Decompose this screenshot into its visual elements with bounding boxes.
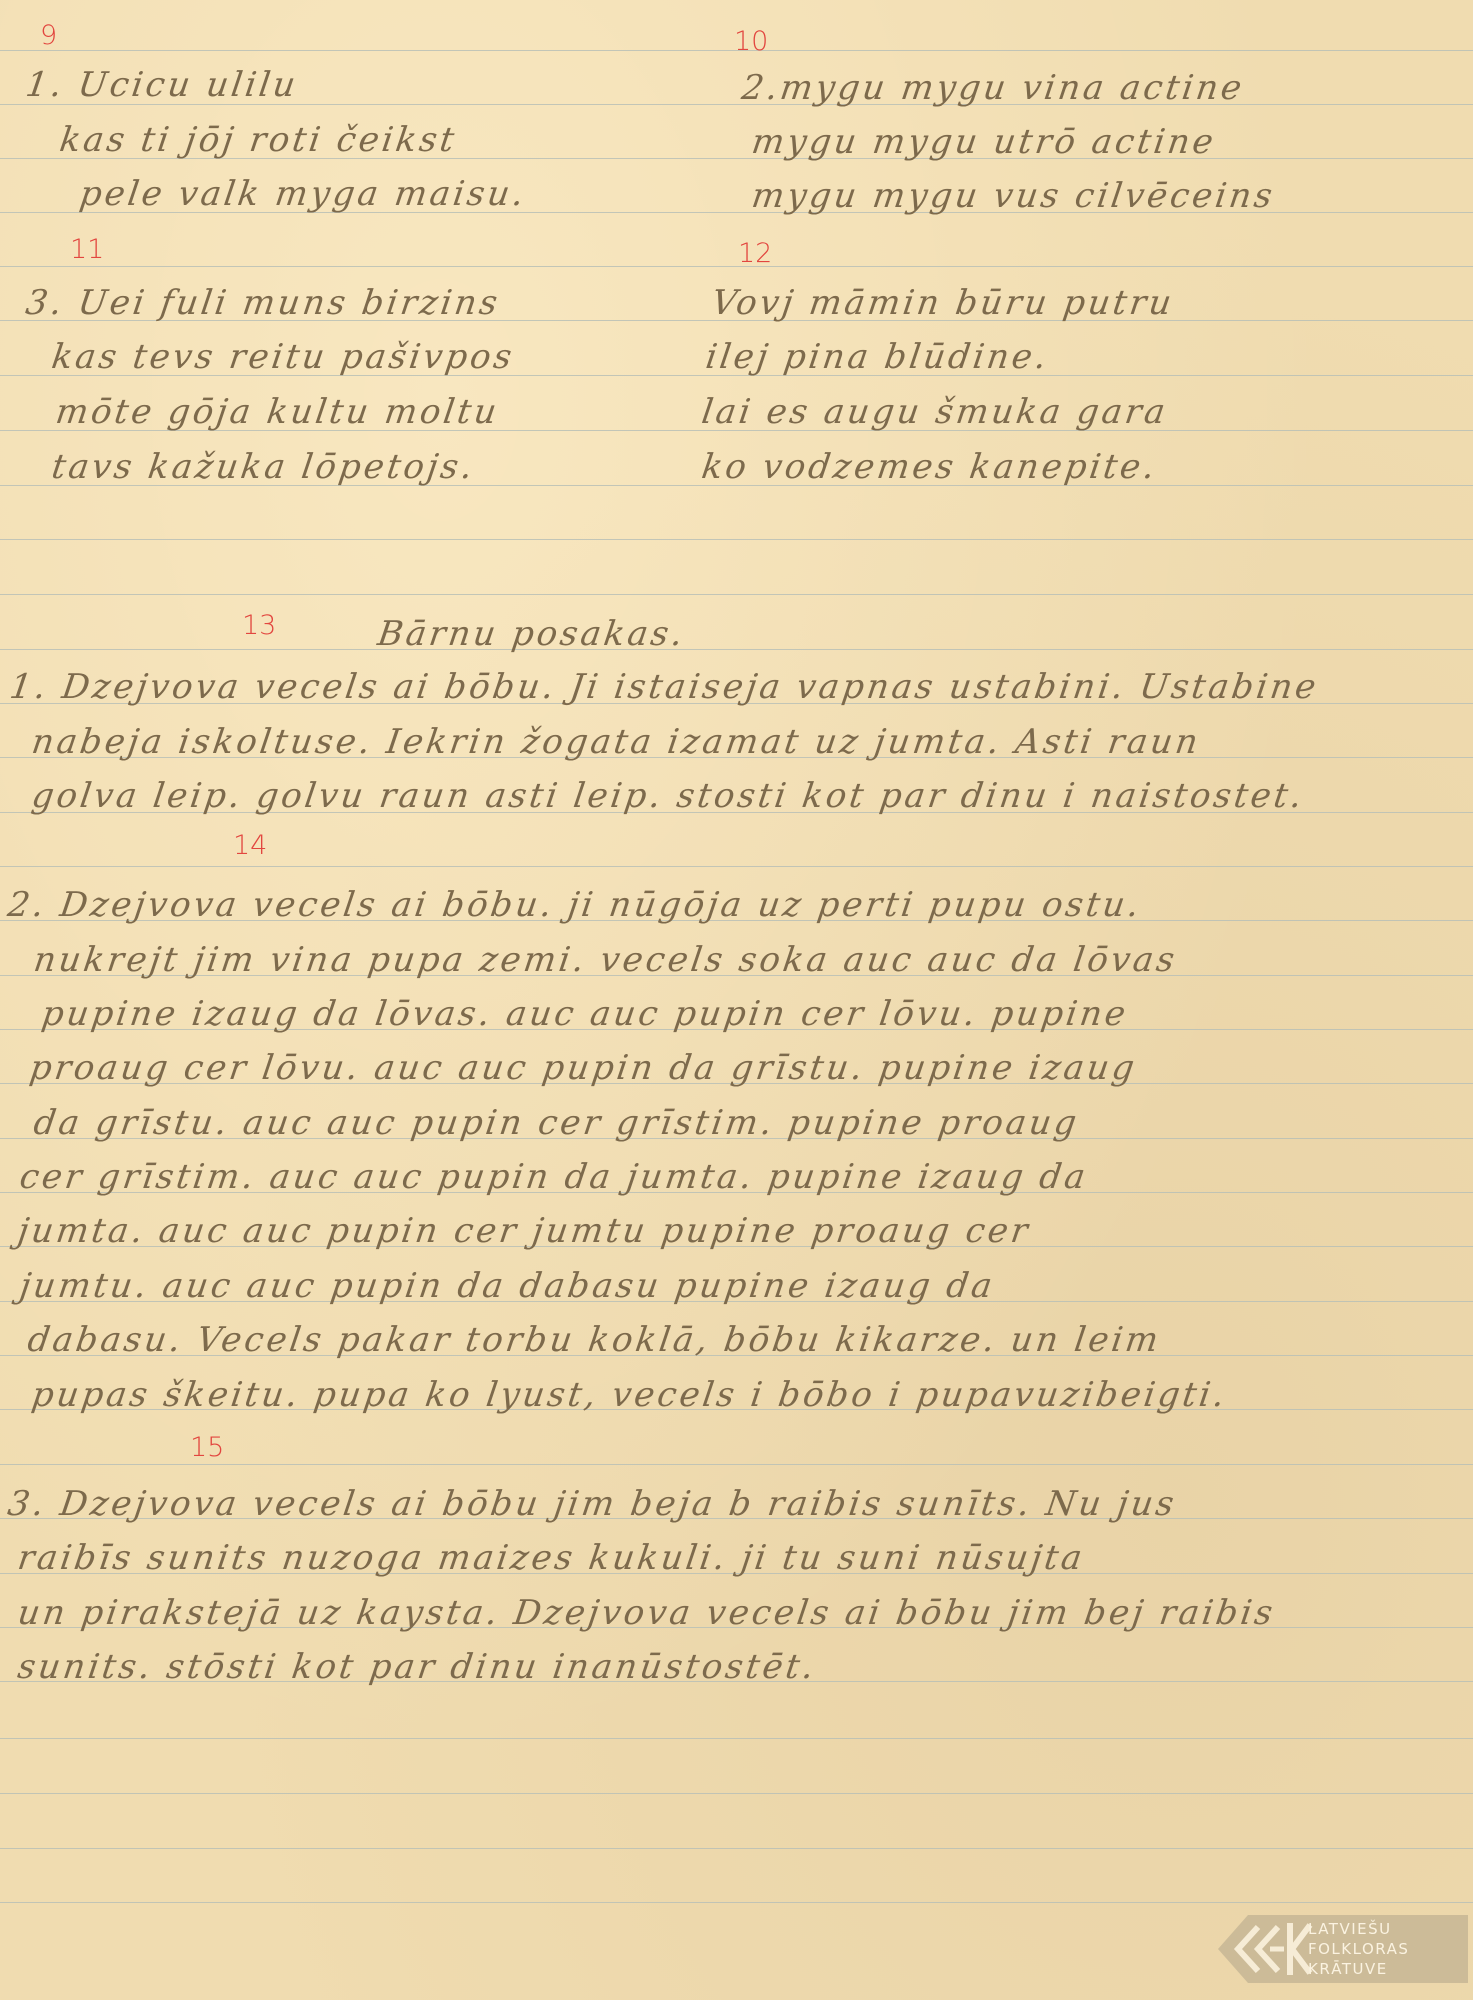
watermark-line: FOLKLORAS bbox=[1308, 1939, 1409, 1959]
item-number-14: 14 bbox=[233, 830, 267, 861]
rule-line bbox=[0, 1793, 1473, 1794]
poem-line: pele valk myga maisu. bbox=[77, 174, 529, 214]
item-number-15: 15 bbox=[190, 1432, 224, 1463]
item-number-13: 13 bbox=[242, 610, 276, 641]
poem-line: 3. Uei fuli muns birzins bbox=[23, 283, 503, 323]
poem-line: mygu mygu utrō actine bbox=[749, 122, 1218, 162]
poem-line: kas tevs reitu pašivpos bbox=[49, 337, 517, 377]
poem-line: kas ti jōj roti čeikst bbox=[57, 120, 459, 160]
story-line: golva leip. golvu raun asti leip. stosti… bbox=[29, 776, 1307, 816]
poem-line: mōte gōja kultu moltu bbox=[53, 392, 502, 432]
poem-line: ko vodzemes kanepite. bbox=[699, 447, 1160, 487]
archive-watermark-logo: LATVIEŠU FOLKLORAS KRĀTUVE bbox=[1218, 1913, 1468, 1985]
poem-line: ilej pina blūdine. bbox=[703, 337, 1051, 377]
rule-line bbox=[0, 594, 1473, 595]
story-line: jumtu. auc auc pupin da dabasu pupine iz… bbox=[17, 1266, 997, 1306]
story-line: proaug cer lōvu. auc auc pupin da grīstu… bbox=[27, 1048, 1139, 1088]
rule-line bbox=[0, 1464, 1473, 1465]
poem-line: mygu mygu vus cilvēceins bbox=[749, 176, 1277, 216]
item-number-11: 11 bbox=[70, 234, 104, 265]
rule-line bbox=[0, 539, 1473, 540]
story-line: pupas škeitu. pupa ko lyust, vecels i bō… bbox=[29, 1375, 1230, 1415]
watermark-line: LATVIEŠU bbox=[1308, 1919, 1409, 1939]
poem-line: 2.mygu mygu vina actine bbox=[739, 68, 1247, 108]
story-line: da grīstu. auc auc pupin cer grīstim. pu… bbox=[31, 1103, 1082, 1143]
story-line: sunits. stōsti kot par dinu inanūstostēt… bbox=[15, 1647, 819, 1687]
rule-line bbox=[0, 1902, 1473, 1903]
story-line: raibīs sunits nuzoga maizes kukuli. ji t… bbox=[15, 1538, 1087, 1578]
story-line: nabeja iskoltuse. Iekrin žogata izamat u… bbox=[29, 722, 1203, 762]
story-line: jumta. auc auc pupin cer jumtu pupine pr… bbox=[15, 1211, 1033, 1251]
story-line: pupine izaug da lōvas. auc auc pupin cer… bbox=[39, 994, 1131, 1034]
watermark-text: LATVIEŠU FOLKLORAS KRĀTUVE bbox=[1308, 1919, 1409, 1979]
poem-line: lai es augu šmuka gara bbox=[699, 392, 1170, 432]
rule-line bbox=[0, 266, 1473, 267]
story-line: 2. Dzejvova vecels ai bōbu. ji nūgōja uz… bbox=[5, 885, 1144, 925]
item-number-10: 10 bbox=[734, 26, 768, 57]
story-line: un pirakstejā uz kaysta. Dzejvova vecels… bbox=[15, 1593, 1278, 1633]
poem-line: tavs kažuka lōpetojs. bbox=[49, 447, 478, 487]
poem-line: 1. Ucicu ulilu bbox=[23, 65, 301, 105]
rule-line bbox=[0, 1738, 1473, 1739]
story-line: 3. Dzejvova vecels ai bōbu jim beja b ra… bbox=[5, 1484, 1179, 1524]
story-line: cer grīstim. auc auc pupin da jumta. pup… bbox=[17, 1157, 1090, 1197]
poem-line: Vovj māmin būru putru bbox=[709, 283, 1177, 323]
rule-line bbox=[0, 649, 1473, 650]
item-number-9: 9 bbox=[40, 20, 57, 51]
item-number-12: 12 bbox=[738, 238, 772, 269]
section-title: Bārnu posakas. bbox=[375, 614, 688, 654]
story-line: 1. Dzejvova vecels ai bōbu. Ji istaiseja… bbox=[7, 667, 1321, 707]
rule-line bbox=[0, 1848, 1473, 1849]
story-line: nukrejt jim vina pupa zemi. vecels soka … bbox=[31, 940, 1180, 980]
story-line: dabasu. Vecels pakar torbu koklā, bōbu k… bbox=[25, 1320, 1163, 1360]
rule-line bbox=[0, 866, 1473, 867]
watermark-line: KRĀTUVE bbox=[1308, 1959, 1409, 1979]
